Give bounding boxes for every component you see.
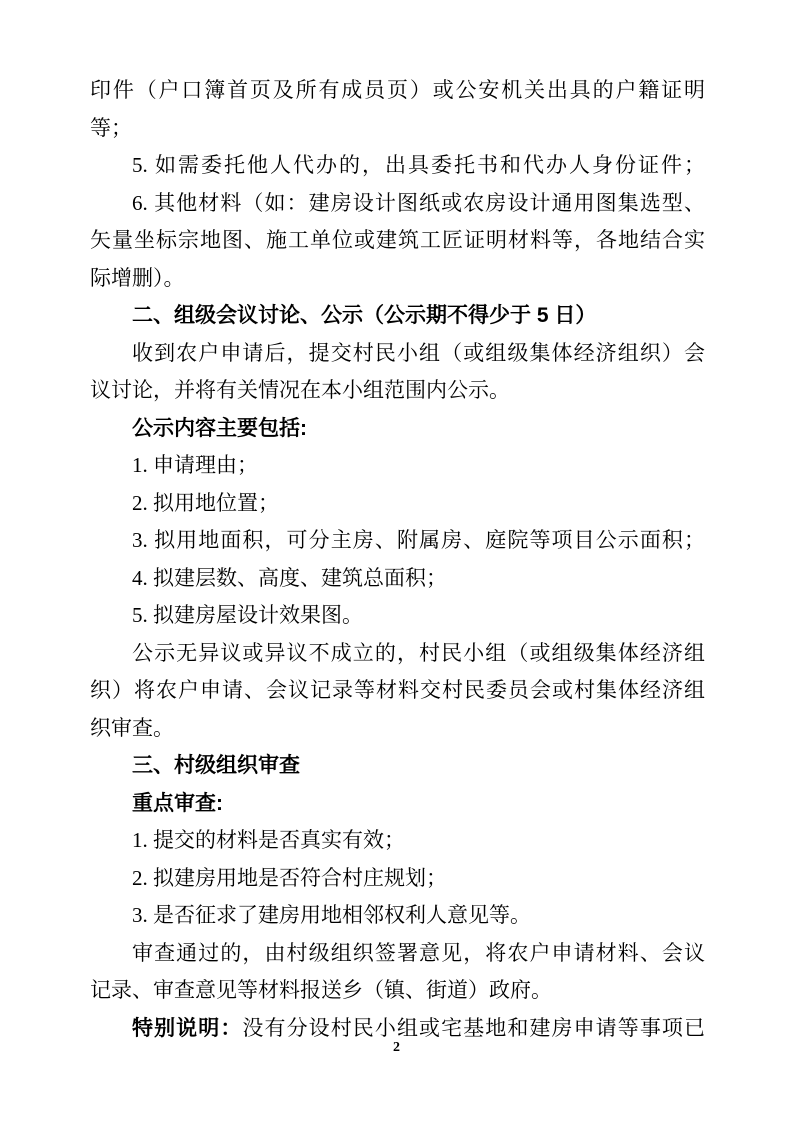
body-text-line: 矢量坐标宗地图、施工单位或建筑工匠证明材料等，各地结合实	[90, 222, 705, 260]
list-item-4-floors: 4. 拟建层数、高度、建筑总面积；	[90, 560, 705, 598]
text-block: 印件（户口簿首页及所有成员页）或公安机关出具的户籍证明 等； 5. 如需委托他人…	[90, 72, 705, 1047]
body-text-line: 收到农户申请后，提交村民小组（或组级集体经济组织）会	[90, 335, 705, 373]
body-text-line: 织审查。	[90, 710, 705, 748]
subheading-key-review: 重点审查:	[90, 785, 705, 823]
list-item-1-reason: 1. 申请理由；	[90, 447, 705, 485]
body-text-line: 审查通过的，由村级组织签署意见，将农户申请材料、会议	[90, 935, 705, 973]
section-heading-org-meeting: 二、组级会议讨论、公示（公示期不得少于 5 日）	[90, 297, 705, 335]
body-text-line: 际增删）。	[90, 260, 705, 298]
subheading-publicity-content: 公示内容主要包括:	[90, 410, 705, 448]
list-item-2-planning: 2. 拟建房用地是否符合村庄规划；	[90, 860, 705, 898]
list-item-6-materials: 6. 其他材料（如：建房设计图纸或农房设计通用图集选型、	[90, 185, 705, 223]
special-note-label: 特别说明：	[132, 1017, 242, 1040]
list-item-5-materials: 5. 如需委托他人代办的，出具委托书和代办人身份证件；	[90, 147, 705, 185]
body-text-line: 记录、审查意见等材料报送乡（镇、街道）政府。	[90, 972, 705, 1010]
body-text-line: 织）将农户申请、会议记录等材料交村民委员会或村集体经济组	[90, 672, 705, 710]
list-item-2-location: 2. 拟用地位置；	[90, 485, 705, 523]
body-text-line: 公示无异议或异议不成立的，村民小组（或组级集体经济组	[90, 635, 705, 673]
body-text-line: 议讨论，并将有关情况在本小组范围内公示。	[90, 372, 705, 410]
list-item-1-valid: 1. 提交的材料是否真实有效；	[90, 822, 705, 860]
page-number: 2	[0, 1040, 793, 1056]
list-item-3-area: 3. 拟用地面积，可分主房、附属房、庭院等项目公示面积；	[90, 522, 705, 560]
section-heading-village-review: 三、村级组织审查	[90, 747, 705, 785]
document-page: 印件（户口簿首页及所有成员页）或公安机关出具的户籍证明 等； 5. 如需委托他人…	[0, 0, 793, 1121]
body-text-line: 等；	[90, 110, 705, 148]
list-item-3-neighbors: 3. 是否征求了建房用地相邻权利人意见等。	[90, 897, 705, 935]
body-text-line: 印件（户口簿首页及所有成员页）或公安机关出具的户籍证明	[90, 72, 705, 110]
special-note-text: 没有分设村民小组或宅基地和建房申请等事项已	[242, 1016, 705, 1040]
list-item-5-design: 5. 拟建房屋设计效果图。	[90, 597, 705, 635]
